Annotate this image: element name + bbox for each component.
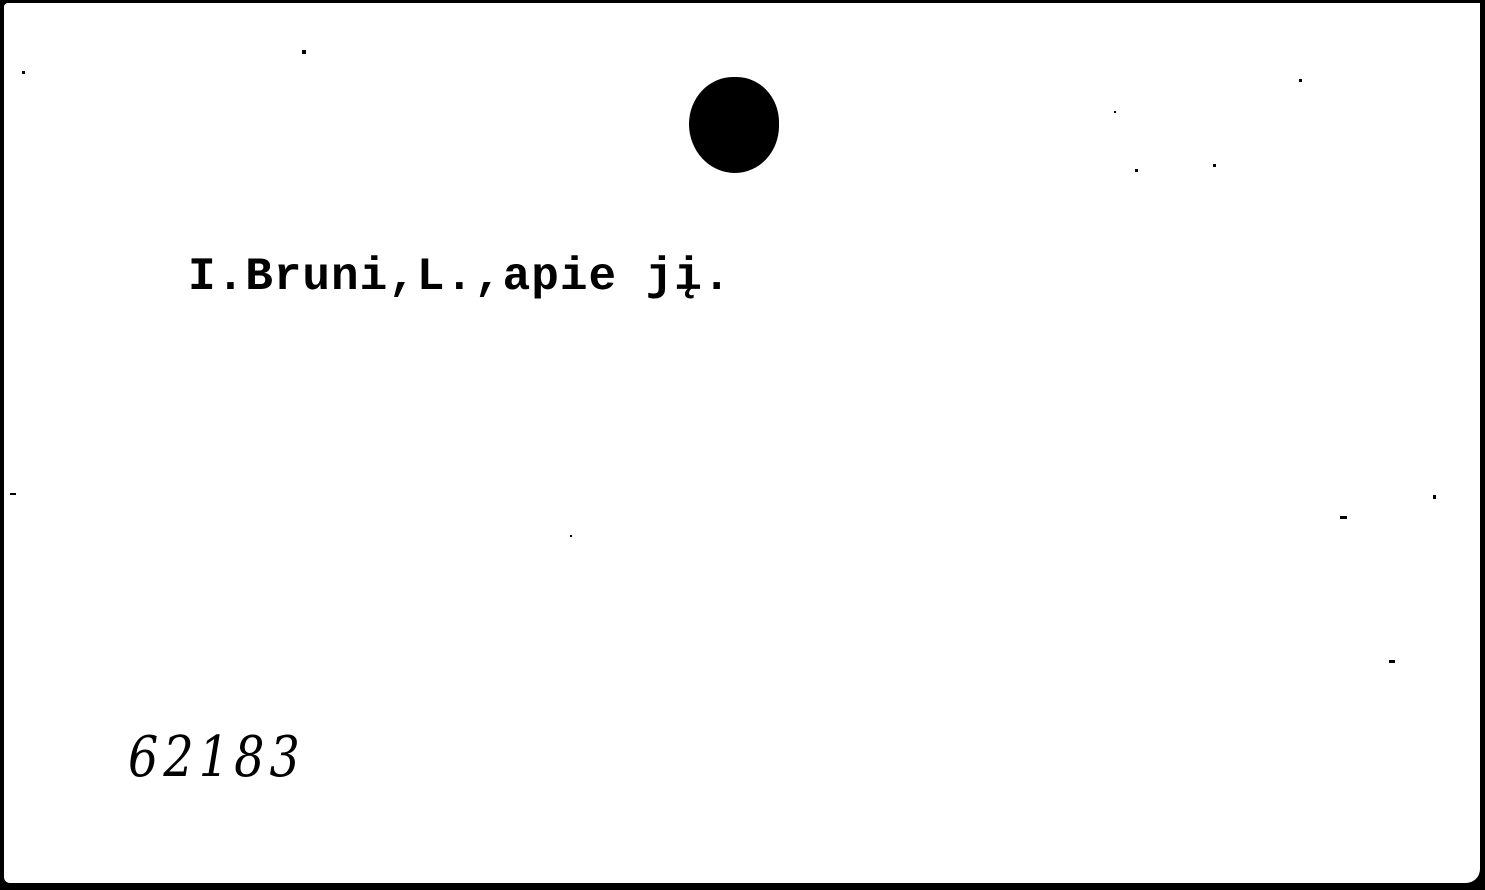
scan-speck: [570, 535, 572, 537]
scan-speck: [1213, 164, 1216, 167]
scan-speck: [1340, 516, 1347, 519]
punch-hole: [689, 77, 779, 173]
scan-speck: [302, 50, 306, 54]
scan-speck: [1299, 79, 1302, 82]
scan-speck: [1433, 495, 1436, 499]
handwritten-accession-number: 62183: [128, 725, 305, 790]
scan-speck: [1135, 169, 1138, 172]
card-bottom-edge: [0, 883, 1485, 890]
scan-speck: [10, 493, 16, 495]
catalog-card: I.Bruni,L.,apie jį. 62183: [4, 3, 1480, 883]
scan-speck: [22, 71, 25, 74]
scan-speck: [1389, 660, 1395, 663]
scan-speck: [1114, 111, 1116, 113]
catalog-entry-text: I.Bruni,L.,apie jį.: [188, 251, 732, 303]
